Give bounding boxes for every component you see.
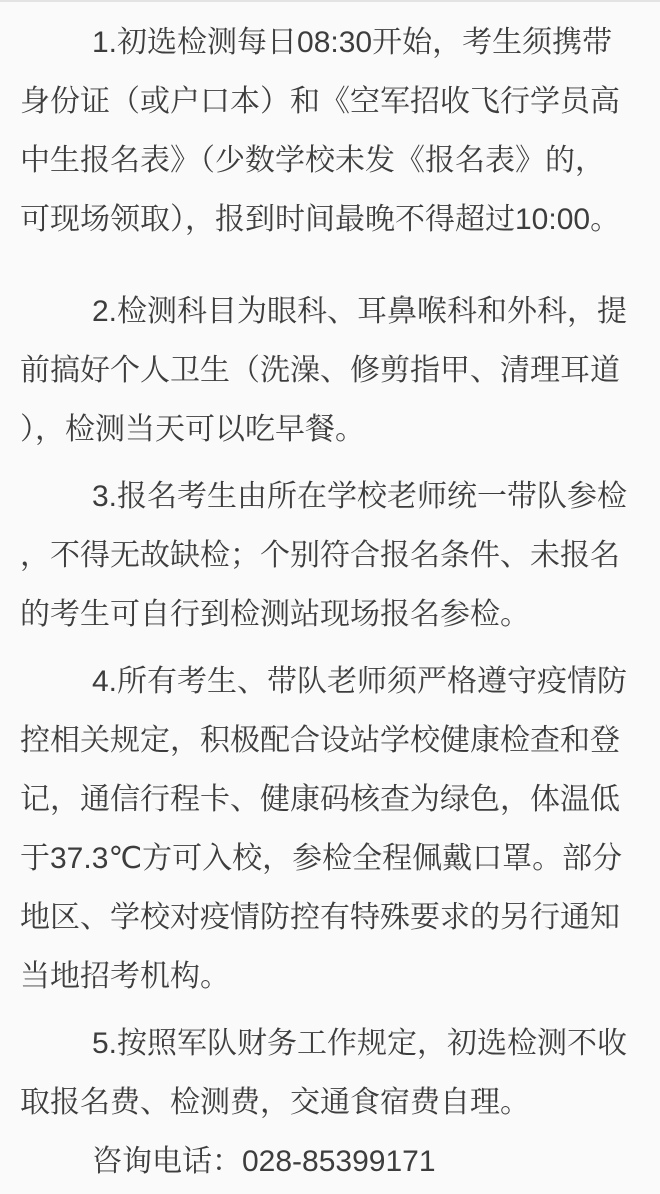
notice-document: 1.初选检测每日08:30开始，考生须携带 身份证（或户口本）和《空军招收飞行学… [0,2,660,1191]
paragraph-2-exam-subjects: 2.检测科目为眼科、耳鼻喉科和外科，提 前搞好个人卫生（洗澡、修剪指甲、清理耳道… [20,282,644,459]
paragraph-4-epidemic-rules: 4.所有考生、带队老师须严格遵守疫情防 控相关规定，积极配合设站学校健康检查和登… [20,652,644,1006]
contact-label: 咨询电话： [92,1145,242,1178]
paragraph-3-group-attendance: 3.报名考生由所在学校老师统一带队参检 ，不得无故缺检；个别符合报名条件、未报名… [20,467,644,644]
contact-phone-number: 028-85399171 [242,1145,436,1178]
paragraph-1-checkin-requirements: 1.初选检测每日08:30开始，考生须携带 身份证（或户口本）和《空军招收飞行学… [20,13,644,249]
paragraph-5-fees: 5.按照军队财务工作规定，初选检测不收 取报名费、检测费，交通食宿费自理。 [20,1014,644,1132]
contact-line: 咨询电话：028-85399171 [20,1132,644,1191]
page: { "meta": { "background_color": "#fafafa… [0,0,660,1194]
